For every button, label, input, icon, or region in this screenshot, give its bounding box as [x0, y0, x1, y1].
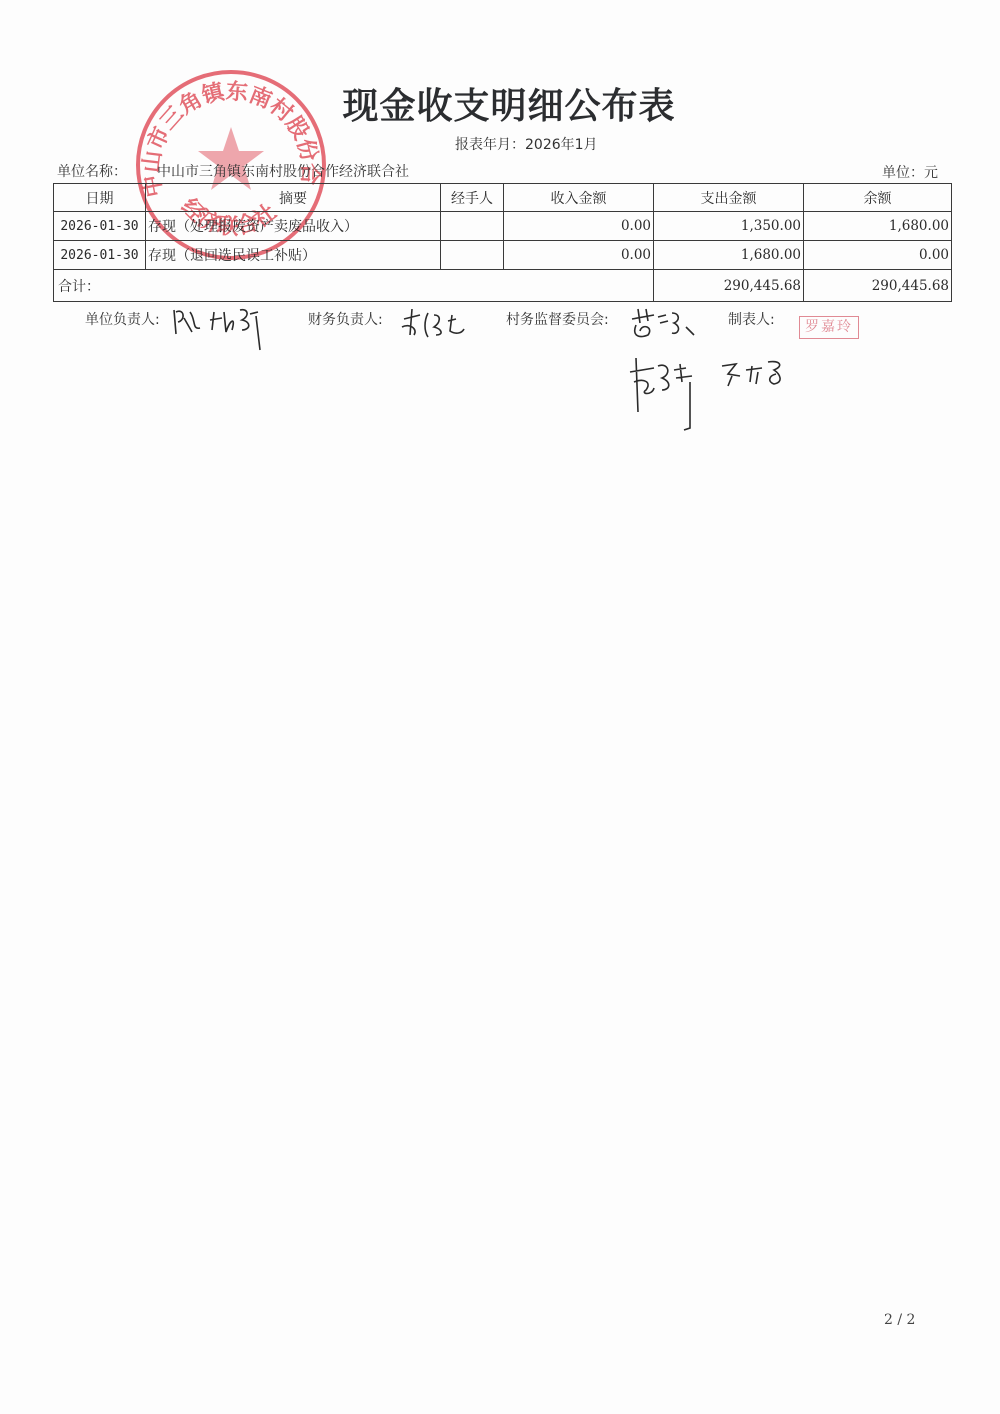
- cell-summary: 存现（处理报废资产卖废品收入）: [146, 212, 441, 241]
- preparer-label: 制表人:: [728, 309, 775, 329]
- table-row: 2026-01-30 存现（处理报废资产卖废品收入） 0.00 1,350.00…: [54, 212, 952, 241]
- cell-income: 0.00: [504, 212, 654, 241]
- cell-expense: 1,680.00: [654, 241, 804, 270]
- cell-income: 0.00: [504, 241, 654, 270]
- unit-name-label: 单位名称：: [57, 161, 127, 181]
- cell-balance: 1,680.00: [804, 212, 952, 241]
- report-period: 报表年月：2026年1月: [455, 134, 598, 154]
- document-title: 现金收支明细公布表: [0, 78, 1000, 129]
- cell-expense: 1,350.00: [654, 212, 804, 241]
- total-income: 290,445.68: [654, 270, 804, 302]
- header-handler: 经手人: [441, 184, 504, 212]
- total-expense: 290,445.68: [804, 270, 952, 302]
- header-balance: 余额: [804, 184, 952, 212]
- cash-ledger-table: 日期 摘要 经手人 收入金额 支出金额 余额 2026-01-30 存现（处理报…: [53, 183, 952, 302]
- table-header-row: 日期 摘要 经手人 收入金额 支出金额 余额: [54, 184, 952, 212]
- unit-head-signature: [170, 300, 270, 352]
- supervisory-committee-signature-1: [628, 305, 704, 345]
- supervisory-committee-signature-2: [628, 352, 798, 434]
- supervisory-committee-label: 村务监督委员会:: [506, 309, 609, 329]
- header-summary: 摘要: [146, 184, 441, 212]
- cell-date: 2026-01-30: [54, 212, 146, 241]
- preparer-name-stamp: 罗嘉玲: [799, 316, 859, 339]
- cell-summary: 存现（退回选民误工补贴）: [146, 241, 441, 270]
- header-date: 日期: [54, 184, 146, 212]
- cell-balance: 0.00: [804, 241, 952, 270]
- unit-head-label: 单位负责人:: [85, 309, 160, 329]
- cell-date: 2026-01-30: [54, 241, 146, 270]
- finance-head-label: 财务负责人:: [308, 309, 383, 329]
- cell-handler: [441, 212, 504, 241]
- unit-name: 中山市三角镇东南村股份合作经济联合社: [157, 161, 409, 181]
- cell-handler: [441, 241, 504, 270]
- currency-unit: 单位：元: [882, 162, 938, 182]
- total-label: 合计：: [54, 270, 654, 302]
- header-expense: 支出金额: [654, 184, 804, 212]
- table-row: 2026-01-30 存现（退回选民误工补贴） 0.00 1,680.00 0.…: [54, 241, 952, 270]
- finance-head-signature: [398, 305, 470, 343]
- table-total-row: 合计： 290,445.68 290,445.68: [54, 270, 952, 302]
- page-number: 2 / 2: [884, 1312, 915, 1328]
- header-income: 收入金额: [504, 184, 654, 212]
